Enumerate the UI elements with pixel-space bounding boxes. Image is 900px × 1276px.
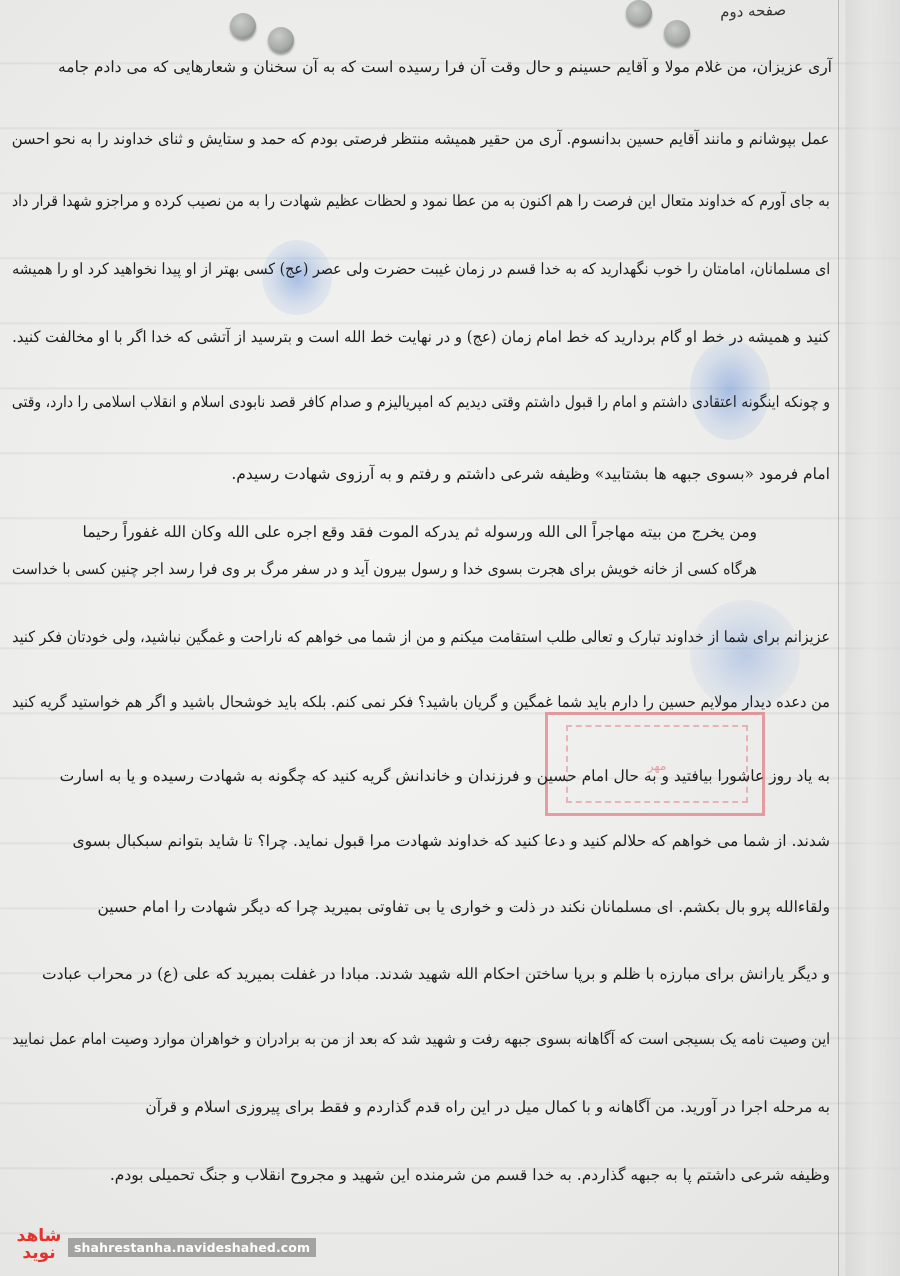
text-line: وظیفه شرعی داشتم پا به جبهه گذاردم. به خ… xyxy=(110,1166,830,1184)
text-line: به یاد روز عاشورا بیافتید و به حال امام … xyxy=(60,767,830,785)
verse-translation: هرگاه کسی از خانه خویش برای هجرت بسوی خد… xyxy=(12,560,757,578)
text-line: به جای آورم که خداوند متعال این فرصت را … xyxy=(12,192,830,210)
stamp-label: مهر xyxy=(566,725,748,803)
text-line: شدند. از شما می خواهم که حلالم کنید و دع… xyxy=(73,832,830,850)
text-line: و چونکه اینگونه اعتقادی داشتم و امام را … xyxy=(12,393,830,411)
watermark-url: shahrestanha.navideshahed.com xyxy=(68,1238,316,1257)
text-line: من دعده دیدار مولایم حسین را دارم باید ش… xyxy=(12,693,830,711)
red-stamp: مهر xyxy=(545,712,765,816)
navideshahed-logo: شاهد نوید xyxy=(8,1228,70,1266)
page-number-note: صفحه دوم xyxy=(720,1,787,21)
blue-ink-stain xyxy=(690,340,770,440)
text-line: به مرحله اجرا در آورید. من آگاهانه و با … xyxy=(145,1098,830,1116)
text-line: این وصیت نامه یک بسیجی است که آگاهانه بس… xyxy=(12,1030,830,1048)
text-line: ولقاءالله پرو بال بکشم. ای مسلمانان نکند… xyxy=(97,898,830,916)
punch-hole-icon xyxy=(268,27,294,53)
punch-hole-icon xyxy=(230,13,256,39)
text-line: آری عزیزان، من غلام مولا و آقایم حسینم و… xyxy=(58,58,832,76)
text-line: عمل بپوشانم و مانند آقایم حسین بدانسوم. … xyxy=(12,130,830,148)
text-line: کنید و همیشه در خط او گام بردارید که خط … xyxy=(12,328,830,346)
punch-hole-icon xyxy=(626,0,652,26)
text-line: عزیزانم برای شما از خداوند تبارک و تعالی… xyxy=(12,628,830,646)
text-line: امام فرمود «بسوی جبهه ها بشتابید» وظیفه … xyxy=(231,465,830,483)
quran-verse: ومن یخرج من بیته مهاجراً الی الله ورسوله… xyxy=(83,523,758,541)
page-margin-line xyxy=(838,0,839,1276)
site-watermark: شاهد نوید shahrestanha.navideshahed.com xyxy=(8,1228,316,1266)
text-line: ای مسلمانان، امامتان را خوب نگهدارید که … xyxy=(12,260,830,278)
punch-hole-icon xyxy=(664,20,690,46)
text-line: و دیگر یارانش برای مبارزه با ظلم و برپا … xyxy=(42,965,830,983)
logo-word-navid: نوید xyxy=(8,1245,70,1262)
